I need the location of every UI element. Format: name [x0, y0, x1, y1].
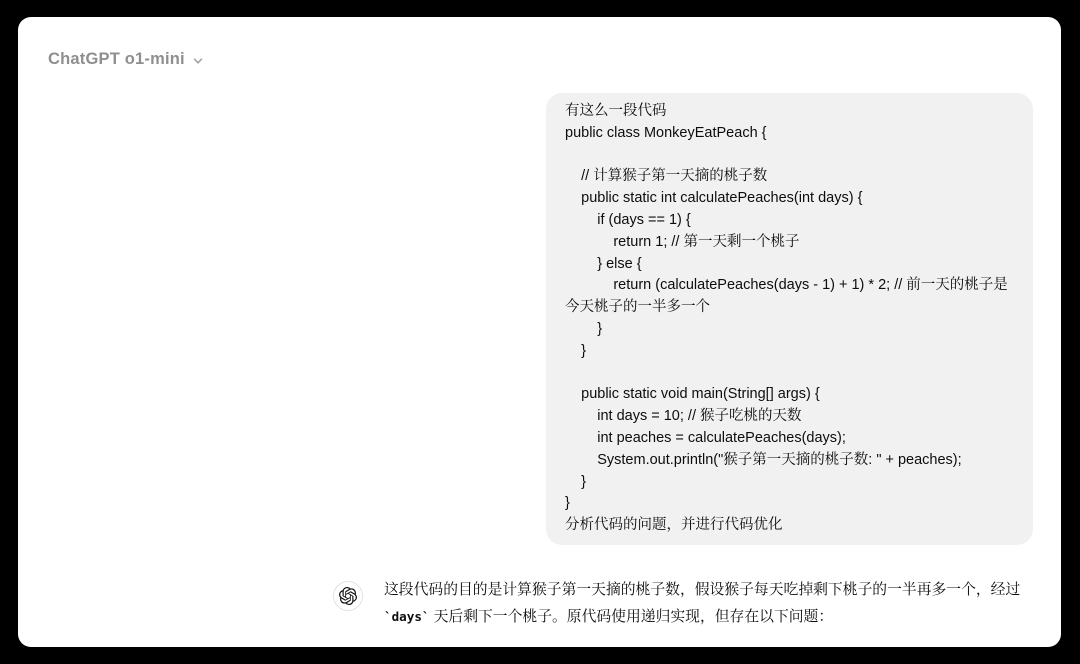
inline-code-days: `days` — [384, 609, 430, 624]
desktop-background: { "colors": { "background": "#000000", "… — [0, 0, 1080, 664]
user-message-bubble: 有这么一段代码 public class MonkeyEatPeach { //… — [546, 93, 1033, 545]
chevron-down-icon — [191, 54, 205, 68]
assistant-avatar — [333, 581, 363, 611]
model-label: ChatGPT o1-mini — [48, 50, 185, 69]
app-window: ChatGPT o1-mini 有这么一段代码 public class Mon… — [18, 17, 1061, 647]
assistant-message-text: 这段代码的目的是计算猴子第一天摘的桃子数，假设猴子每天吃掉剩下桃子的一半再多一个… — [384, 578, 1038, 630]
model-selector[interactable]: ChatGPT o1-mini — [40, 44, 213, 75]
user-message-text: 有这么一段代码 public class MonkeyEatPeach { //… — [565, 101, 1014, 537]
assistant-message: 这段代码的目的是计算猴子第一天摘的桃子数，假设猴子每天吃掉剩下桃子的一半再多一个… — [333, 578, 1038, 630]
openai-logo-icon — [339, 587, 357, 605]
assistant-text-before: 这段代码的目的是计算猴子第一天摘的桃子数，假设猴子每天吃掉剩下桃子的一半再多一个… — [384, 582, 1020, 598]
assistant-text-after: 天后剩下一个桃子。原代码使用递归实现，但存在以下问题： — [430, 609, 834, 625]
